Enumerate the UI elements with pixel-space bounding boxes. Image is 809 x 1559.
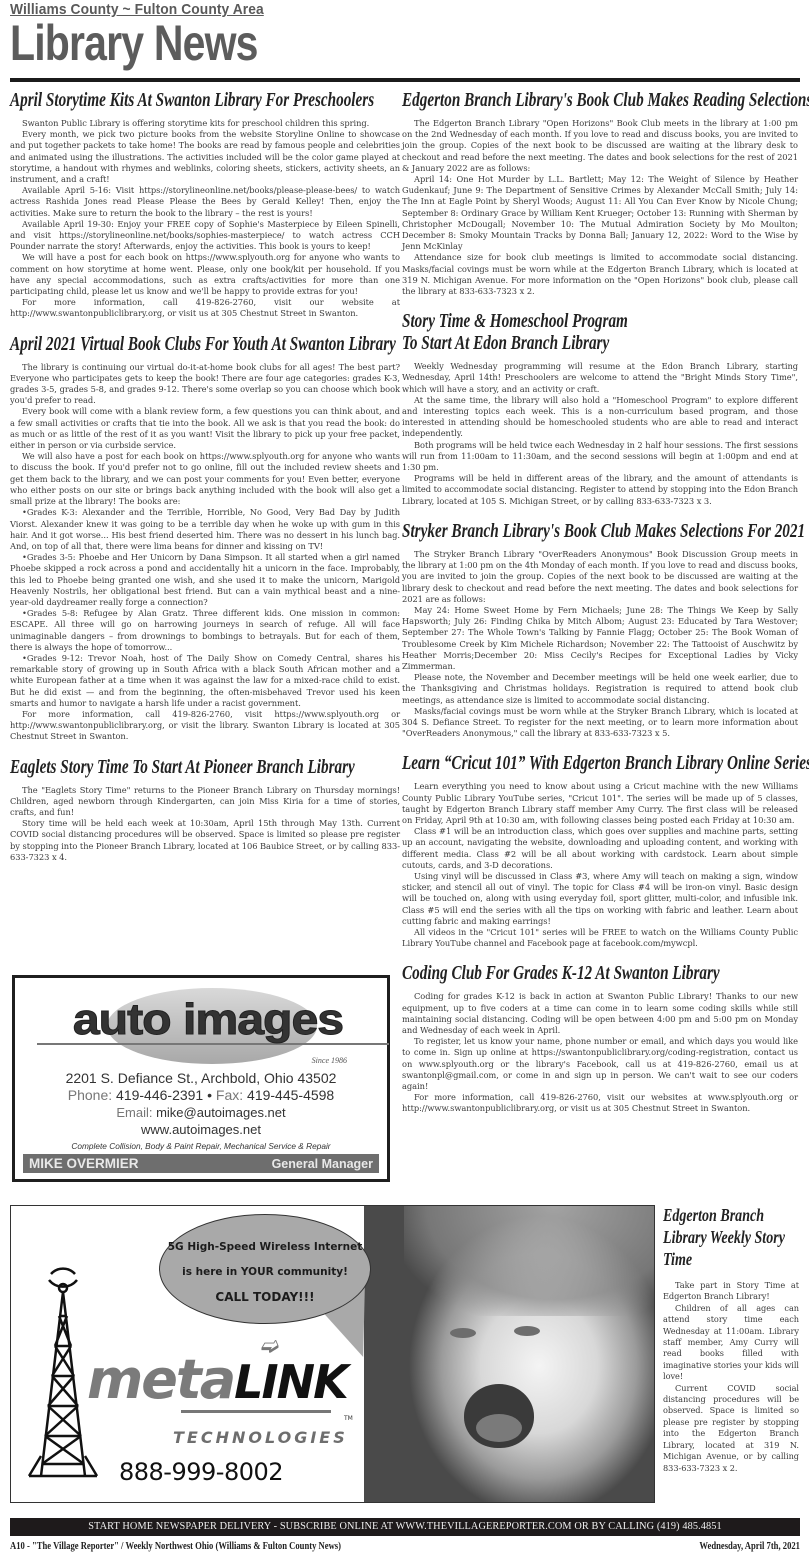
- fax-label: Fax:: [216, 1087, 243, 1103]
- article-headline: Eaglets Story Time To Start At Pioneer B…: [10, 757, 314, 779]
- article-headline: Edgerton Branch Library's Book Club Make…: [402, 90, 711, 112]
- paragraph: May 24: Home Sweet Home by Fern Michaels…: [402, 605, 798, 672]
- subscribe-banner[interactable]: START HOME NEWSPAPER DELIVERY - SUBSCRIB…: [10, 1518, 800, 1536]
- since-label: Since 1986: [312, 1056, 347, 1065]
- paragraph: Available April 19-30: Enjoy your FREE c…: [10, 219, 400, 253]
- article-body: Swanton Public Library is offering story…: [10, 118, 400, 320]
- photo-eye-left: [450, 1328, 476, 1338]
- paragraph: Coding for grades K-12 is back in action…: [402, 991, 798, 1036]
- article-body: The "Eaglets Story Time" returns to the …: [10, 785, 400, 863]
- logo-underline: [181, 1410, 331, 1413]
- contact-name: MIKE OVERMIER: [29, 1156, 139, 1171]
- ad-contact-bar: MIKE OVERMIER General Manager: [23, 1154, 379, 1173]
- article-body: Coding for grades K-12 is back in action…: [402, 991, 798, 1114]
- paragraph: •Grades 3-5: Phoebe and Her Unicorn by D…: [10, 552, 400, 608]
- article-body: Weekly Wednesday programming will resume…: [402, 361, 798, 507]
- child-photo: [364, 1206, 655, 1503]
- paragraph: April 14: One Hot Murder by L.L. Bartlet…: [402, 174, 798, 252]
- paragraph: Children of all ages can attend story ti…: [663, 1303, 799, 1383]
- article-edon-homeschool: Story Time & Homeschool Program To Start…: [402, 311, 798, 507]
- paragraph: For more information, call 419-826-2760,…: [402, 1092, 798, 1114]
- article-headline: April Storytime Kits At Swanton Library …: [10, 90, 314, 112]
- article-headline: Stryker Branch Library's Book Club Makes…: [402, 521, 711, 543]
- paragraph: Using vinyl will be discussed in Class #…: [402, 871, 798, 927]
- brand-subtitle: TECHNOLOGIES: [173, 1428, 348, 1447]
- page-title: Library News: [10, 17, 658, 69]
- paragraph: Story time will be held each week at 10:…: [10, 818, 400, 863]
- paragraph: For more information, call 419-826-2760,…: [10, 709, 400, 743]
- bubble-line-1: 5G High-Speed Wireless Internet: [160, 1241, 370, 1253]
- paragraph: We will have a post for each book on htt…: [10, 252, 400, 297]
- paragraph: The "Eaglets Story Time" returns to the …: [10, 785, 400, 819]
- article-body: The library is continuing our virtual do…: [10, 362, 400, 743]
- phone-number: 419-446-2391: [116, 1087, 203, 1103]
- article-headline: April 2021 Virtual Book Clubs For Youth …: [10, 334, 314, 356]
- paragraph: Both programs will be held twice each We…: [402, 440, 798, 474]
- sidebar-article-edgerton-story-time: Edgerton Branch Library Weekly Story Tim…: [663, 1200, 799, 1474]
- article-headline: Learn “Cricut 101” With Edgerton Branch …: [402, 753, 711, 775]
- metalink-phone[interactable]: 888-999-8002: [119, 1458, 283, 1486]
- article-virtual-book-clubs: April 2021 Virtual Book Clubs For Youth …: [10, 334, 400, 743]
- paragraph: The Stryker Branch Library "OverReaders …: [402, 549, 798, 605]
- paragraph: Swanton Public Library is offering story…: [10, 118, 400, 129]
- paragraph: Masks/facial covings must be worn while …: [402, 706, 798, 740]
- article-body: The Stryker Branch Library "OverReaders …: [402, 549, 798, 739]
- ad-tagline: Complete Collision, Body & Paint Repair,…: [15, 1141, 387, 1151]
- article-body: The Edgerton Branch Library "Open Horizo…: [402, 118, 798, 297]
- paragraph: •Grades K-3: Alexander and the Terrible,…: [10, 507, 400, 552]
- auto-images-logotype: auto images: [66, 995, 350, 1043]
- article-headline: Edgerton Branch Library Weekly Story Tim…: [663, 1204, 788, 1270]
- paragraph: Class #1 will be an introduction class, …: [402, 826, 798, 871]
- paragraph: The Edgerton Branch Library "Open Horizo…: [402, 118, 798, 174]
- masthead: Williams County ~ Fulton County Area Lib…: [10, 0, 800, 69]
- photo-eye-right: [514, 1326, 540, 1336]
- paragraph: Current COVID social distancing procedur…: [663, 1383, 799, 1474]
- page-footer: A10 - "The Village Reporter" / Weekly No…: [10, 1541, 800, 1552]
- paragraph: Learn everything you need to know about …: [402, 781, 798, 826]
- auto-images-ad[interactable]: auto images Since 1986 2201 S. Defiance …: [12, 975, 390, 1182]
- ad-phone-fax: Phone: 419-446-2391 • Fax: 419-445-4598: [15, 1087, 387, 1104]
- article-coding-club: Coding Club For Grades K-12 At Swanton L…: [402, 963, 798, 1114]
- photo-tongue: [476, 1414, 522, 1442]
- left-column: April Storytime Kits At Swanton Library …: [10, 86, 400, 877]
- metalink-ad[interactable]: 5G High-Speed Wireless Internet is here …: [10, 1205, 655, 1503]
- article-headline-line2: To Start At Edon Branch Library: [402, 333, 711, 355]
- page-info: A10 - "The Village Reporter" / Weekly No…: [10, 1541, 341, 1552]
- email-label: Email:: [116, 1105, 152, 1120]
- paragraph: Weekly Wednesday programming will resume…: [402, 361, 798, 395]
- ad-website[interactable]: www.autoimages.net: [15, 1121, 387, 1138]
- paragraph: We will also have a post for each book o…: [10, 451, 400, 507]
- paragraph: Please note, the November and December m…: [402, 672, 798, 706]
- fax-number: 419-445-4598: [247, 1087, 334, 1103]
- brand-link: LINK: [234, 1355, 347, 1409]
- article-body: Learn everything you need to know about …: [402, 781, 798, 949]
- paragraph: Programs will be held in different areas…: [402, 473, 798, 507]
- article-headline: Coding Club For Grades K-12 At Swanton L…: [402, 963, 711, 985]
- paragraph: Take part in Story Time at Edgerton Bran…: [663, 1280, 799, 1303]
- paragraph: •Grades 9-12: Trevor Noah, host of The D…: [10, 653, 400, 709]
- article-body: Take part in Story Time at Edgerton Bran…: [663, 1280, 799, 1474]
- auto-images-logo: auto images Since 1986: [15, 986, 387, 1068]
- paragraph: Every book will come with a blank review…: [10, 406, 400, 451]
- trademark-mark: TM: [344, 1415, 353, 1422]
- article-stryker-book-club: Stryker Branch Library's Book Club Makes…: [402, 521, 798, 739]
- article-cricut-101: Learn “Cricut 101” With Edgerton Branch …: [402, 753, 798, 949]
- paragraph: At the same time, the library will also …: [402, 395, 798, 440]
- bubble-line-2: is here in YOUR community!: [160, 1266, 370, 1278]
- contact-role: General Manager: [272, 1157, 373, 1171]
- paragraph: The library is continuing our virtual do…: [10, 362, 400, 407]
- article-storytime-kits: April Storytime Kits At Swanton Library …: [10, 90, 400, 320]
- paragraph: Every month, we pick two picture books f…: [10, 129, 400, 185]
- bubble-line-3: CALL TODAY!!!: [160, 1290, 370, 1304]
- metalink-logo: metaLINK: [87, 1351, 347, 1411]
- paragraph: •Grades 5-8: Refugee by Alan Gratz. Thre…: [10, 608, 400, 653]
- article-eaglets-story-time: Eaglets Story Time To Start At Pioneer B…: [10, 757, 400, 863]
- paragraph: All videos in the "Cricut 101" series wi…: [402, 927, 798, 949]
- paragraph: To register, let us know your name, phon…: [402, 1036, 798, 1092]
- masthead-rule: [10, 78, 800, 82]
- speech-bubble: 5G High-Speed Wireless Internet is here …: [159, 1214, 371, 1324]
- brand-meta: meta: [87, 1348, 234, 1411]
- bullet-separator: •: [207, 1087, 216, 1103]
- paragraph: Attendance size for book club meetings i…: [402, 252, 798, 297]
- email-address[interactable]: mike@autoimages.net: [156, 1105, 286, 1120]
- article-headline-line1: Story Time & Homeschool Program: [402, 311, 711, 333]
- issue-date: Wednesday, April 7th, 2021: [699, 1541, 800, 1552]
- ad-email: Email: mike@autoimages.net: [15, 1104, 387, 1121]
- article-edgerton-book-club: Edgerton Branch Library's Book Club Make…: [402, 90, 798, 297]
- ad-address: 2201 S. Defiance St., Archbold, Ohio 435…: [15, 1070, 387, 1087]
- paragraph: Available April 5-16: Visit https://stor…: [10, 185, 400, 219]
- photo-hair-shading: [404, 1206, 654, 1316]
- right-column: Edgerton Branch Library's Book Club Make…: [402, 86, 798, 1129]
- paragraph: For more information, call 419-826-2760,…: [10, 297, 400, 319]
- phone-label: Phone:: [68, 1087, 112, 1103]
